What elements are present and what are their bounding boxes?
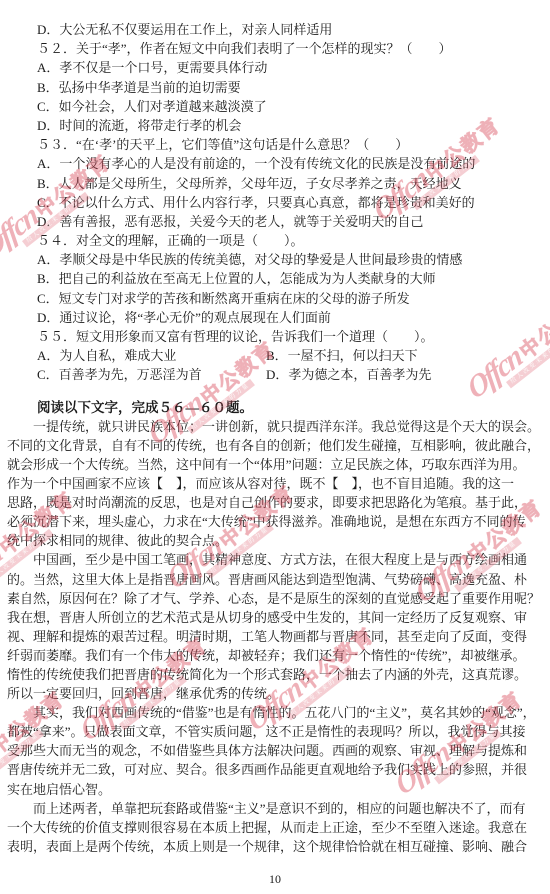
passage-line: 统中探求相同的规律、彼此的契合点。 — [7, 531, 550, 550]
option-c: C．百善孝为先，万恶淫为首 — [37, 365, 266, 384]
passage-line: 视、理解和提炼的艰苦过程。明清时期，工笔人物画都与晋唐不同，甚至走向了反面，变得 — [7, 627, 550, 646]
option-line: A．一个没有孝心的人是没有前途的，一个没有传统文化的民族是没有前途的 — [37, 154, 550, 173]
option-line: C．不论以什么方式、用什么内容行孝，只要真心真意，都将是珍贵和美好的 — [37, 193, 550, 212]
question-54: ５４．对全文的理解，正确的一项是（ ）。 — [37, 231, 550, 250]
passage-line: 中国画，至少是中国工笔画，其精神意度、方式方法，在很大程度上是与西方绘画相通 — [7, 550, 550, 569]
passage-line: 就会形成一个大传统。当然，这中间有一个“体用”问题：立足民族之体，巧取东西洋为用… — [7, 455, 550, 474]
page-number: 10 — [0, 872, 550, 887]
passage-line: 不同的文化背景，自有不同的传统，也有各自的创新；他们发生碰撞，互相影响，彼此融合… — [7, 436, 550, 455]
paragraph-4: 而上述两者，单靠把玩套路或借鉴“主义”是意识不到的，相应的问题也解决不了，而有 … — [7, 799, 550, 856]
option-line: D．时间的流逝，将带走行孝的机会 — [37, 116, 550, 135]
option-line: A．孝不仅是一个口号，更需要具体行动 — [37, 58, 550, 77]
passage-line: 素自然，原因何在？除了才气、学养、心态，是不是原生的深刻的直觉感受起了重要作用呢… — [7, 589, 550, 608]
passage-line: 作为一个中国画家不应该【 】，而应该从容对待，既不【 】，也不盲目追随。我的这一 — [7, 474, 550, 493]
option-line: A．孝顺父母是中华民族的传统美德，对父母的挚爱是人世间最珍贵的情感 — [37, 250, 550, 269]
question-52: ５２．关于“孝”，作者在短文中向我们表明了一个怎样的现实？（ ） — [37, 39, 550, 58]
q55-options-row-1: A．为人自私，难成大业 B．一屋不扫，何以扫天下 — [37, 346, 550, 365]
page-content: D．大公无私不仅要运用在工作上，对亲人同样适用 ５２．关于“孝”，作者在短文中向… — [0, 0, 550, 894]
paragraph-3: 其实，我们对西画传统的“借鉴”也是有惰性的。五花八门的“主义”，莫名其妙的“观念… — [7, 703, 550, 798]
option-d: D．孝为德之本，百善孝为先 — [266, 365, 431, 384]
option-line: C．短文专门对求学的苦孩和断然离开重病在床的父母的游子所发 — [37, 289, 550, 308]
paragraph-1: 一提传统，就只讲民族本位；一讲创新，就只提西洋东洋。我总觉得这是个天大的误会。 … — [7, 417, 550, 551]
option-line: D．通过议论，将“孝心无价”的观点展现在人们面前 — [37, 308, 550, 327]
passage-line: 所以一定要回归，回到晋唐，继承优秀的传统。 — [7, 684, 550, 703]
passage-line: 一个大传统的价值支撑则很容易在本质上把握，从而走上正途，至少不至堕入迷途。我意在 — [7, 818, 550, 837]
passage-line: 纤弱而萎靡。我们有一个伟大的传统，却被轻弃；我们还有一个惰性的“传统”，却被继承… — [7, 646, 550, 665]
passage-line: 必须沉潜下来，埋头虚心，力求在“大传统”中获得滋养。准确地说，是想在东西方不同的… — [7, 512, 550, 531]
option-line: D．善有善报，恶有恶报，关爱今天的老人，就等于关爱明天的自己 — [37, 212, 550, 231]
passage-line: 我在想，晋唐人所创立的艺术范式是从切身的感受中生发的，其间一定经历了反复观察、审 — [7, 608, 550, 627]
passage-line: 而上述两者，单靠把玩套路或借鉴“主义”是意识不到的，相应的问题也解决不了，而有 — [7, 799, 550, 818]
passage-line: 实在地启悟心智。 — [7, 780, 550, 799]
passage-line: 表明，表面上是两个传统，本质上则是一个规律，这个规律恰恰就在相互碰撞、影响、融合 — [7, 837, 550, 856]
passage-line: 都被“拿来”。只做表面文章，不管实质问题，这不正是惰性的表现吗？所以，我觉得与其… — [7, 722, 550, 741]
question-55: ５５．短文用形象而又富有哲理的议论，告诉我们一个道理（ ）。 — [37, 327, 550, 346]
passage-line: 思路，既是对时尚潮流的反思，也是对自己创作的要求，即要求把思路化为笔痕。基于此， — [7, 493, 550, 512]
passage-line: 其实，我们对西画传统的“借鉴”也是有惰性的。五花八门的“主义”，莫名其妙的“观念… — [7, 703, 550, 722]
reading-prompt: 阅读以下文字，完成５６—６０题。 — [37, 398, 550, 417]
passage-line: 一提传统，就只讲民族本位；一讲创新，就只提西洋东洋。我总觉得这是个天大的误会。 — [7, 417, 550, 436]
document-page: D．大公无私不仅要运用在工作上，对亲人同样适用 ５２．关于“孝”，作者在短文中向… — [0, 0, 550, 894]
passage-line: 晋唐传统并无二致，可对应、契合。很多西画作品能更直观地给予我们实践上的参照，并很 — [7, 760, 550, 779]
option-line: B．弘扬中华孝道是当前的迫切需要 — [37, 78, 550, 97]
option-a: A．为人自私，难成大业 — [37, 346, 266, 365]
option-b: B．一屋不扫，何以扫天下 — [266, 346, 418, 365]
question-53: ５３．“在‘孝’的天平上，它们等值”这句话是什么意思？（ ） — [37, 135, 550, 154]
passage-line: 的。当然，这里大体上是指晋唐画风。晋唐画风能达到造型饱满、气势磅礴、高逸充盈、朴 — [7, 570, 550, 589]
option-line: D．大公无私不仅要运用在工作上，对亲人同样适用 — [37, 20, 550, 39]
passage-line: 惰性的传统使我们把晋唐的传统简化为一个形式套路，一个抽去了内涵的外壳，这真荒谬。 — [7, 665, 550, 684]
option-line: B．人人都是父母所生，父母所养，父母年迈，子女尽孝养之责，天经地义 — [37, 174, 550, 193]
q55-options-row-2: C．百善孝为先，万恶淫为首 D．孝为德之本，百善孝为先 — [37, 365, 550, 384]
option-line: C．如今社会，人们对孝道越来越淡漠了 — [37, 97, 550, 116]
paragraph-2: 中国画，至少是中国工笔画，其精神意度、方式方法，在很大程度上是与西方绘画相通 的… — [7, 550, 550, 703]
passage-line: 受那些大而无当的观念，不如借鉴些具体方法解决问题。西画的观察、审视、理解与提炼和 — [7, 741, 550, 760]
option-line: B．把自己的利益放在至高无上位置的人，怎能成为为人类献身的大师 — [37, 269, 550, 288]
